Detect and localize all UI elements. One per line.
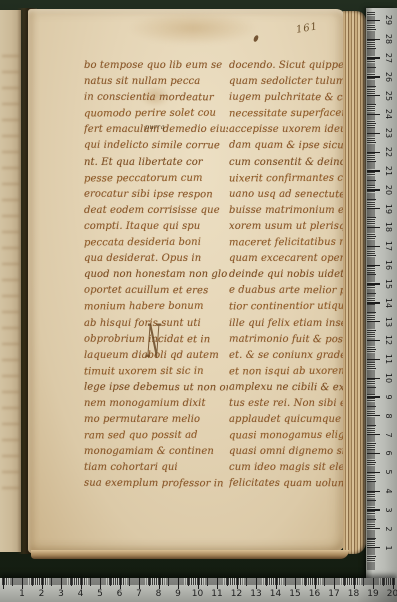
marginal-gloss: purrq <box>145 123 165 131</box>
ruler-tick <box>367 208 380 209</box>
ruler-number: 14 <box>268 589 284 600</box>
manuscript-line: accepisse uxorem ideun <box>229 122 346 138</box>
ruler-tick <box>90 578 91 586</box>
manuscript-line: uano usq ad senectutem hac <box>229 186 346 203</box>
ruler-tick <box>367 538 376 539</box>
ruler-tick <box>256 578 257 589</box>
ruler-number: 17 <box>383 239 393 253</box>
ruler-number: 5 <box>383 465 393 479</box>
ruler-number: 18 <box>346 589 362 600</box>
manuscript-line: quomodo perire solet cou <box>84 106 228 123</box>
ruler-tick <box>367 170 380 171</box>
ruler-tick <box>305 578 306 586</box>
ruler-tick <box>367 20 380 21</box>
ruler-tick <box>367 133 380 134</box>
ruler-number: 9 <box>383 390 393 404</box>
ruler-tick <box>159 578 160 589</box>
manuscript-line: compti. Itaque qui spu <box>84 219 228 235</box>
text-column-right: docendo. Sicut quippe soliquam sedolicte… <box>229 58 346 494</box>
ruler-tick <box>42 578 43 589</box>
manuscript-page: 161 bo tempose quo lib eum senatus sit n… <box>28 9 346 553</box>
ruler-tick <box>354 578 355 589</box>
ruler-tick <box>367 180 376 181</box>
ruler-tick <box>367 199 376 200</box>
ruler-tick <box>367 217 376 218</box>
ruler-number: 20 <box>385 589 397 600</box>
ruler-tick <box>367 415 380 416</box>
manuscript-line: bo tempose quo lib eum se <box>84 58 228 74</box>
ruler-number: 15 <box>287 589 303 600</box>
ruler-tick <box>207 578 208 586</box>
ruler-tick <box>367 48 376 49</box>
ruler-number: 12 <box>229 589 245 600</box>
ruler-tick <box>367 57 380 58</box>
ruler-tick <box>149 578 150 586</box>
ruler-tick <box>367 556 376 557</box>
ruler-number: 14 <box>383 296 393 310</box>
ruler-number: 22 <box>383 145 393 159</box>
ruler-number: 11 <box>383 352 393 366</box>
horizontal-ruler: 1234567891011121314151617181920 <box>0 578 397 602</box>
ruler-tick <box>367 472 380 473</box>
manuscript-line: quod non honestam non gloriam <box>84 267 228 283</box>
ruler-tick <box>367 368 376 369</box>
ruler-number: 1 <box>383 541 393 555</box>
ruler-number: 23 <box>383 126 393 140</box>
manuscript-line: monogamiam & continen <box>84 444 228 460</box>
ruler-tick <box>367 509 380 510</box>
manuscript-line: nem monogamium dixit <box>84 396 228 412</box>
manuscript-line: natus sit nullam pecca <box>84 74 228 90</box>
manuscript-line: et non isqui ab uxorem <box>229 363 346 380</box>
manuscript-line: et. & se coniunx grade ius <box>229 348 346 364</box>
manuscript-line: buisse matrimonium et u <box>229 203 346 219</box>
ruler-number: 20 <box>383 183 393 197</box>
ruler-tick <box>363 578 364 586</box>
ruler-tick <box>81 578 82 589</box>
manuscript-line: quam excecarent opera ista <box>229 251 346 267</box>
parchment-stain <box>128 11 258 45</box>
ruler-tick <box>367 293 376 294</box>
ruler-tick <box>295 578 296 589</box>
ruler-number: 16 <box>307 589 323 600</box>
ruler-number: 11 <box>209 589 225 600</box>
ruler-tick <box>367 519 376 520</box>
ruler-tick <box>367 500 376 501</box>
ruler-tick <box>367 425 376 426</box>
ruler-tick <box>266 578 267 586</box>
ruler-number: 26 <box>383 70 393 84</box>
ruler-number: 27 <box>383 51 393 65</box>
ruler-tick <box>367 255 376 256</box>
ruler-tick <box>3 578 4 589</box>
fore-edge-pages <box>343 11 366 554</box>
ruler-number: 15 <box>383 277 393 291</box>
ruler-number: 5 <box>92 589 108 600</box>
ruler-tick <box>100 578 101 589</box>
ruler-tick <box>237 578 238 589</box>
bottom-page-edge <box>31 550 349 559</box>
manuscript-line: felicitates quam uoluntatis? <box>229 476 346 493</box>
manuscript-line: dam quam & ipse sicut <box>229 138 346 155</box>
ruler-tick <box>168 578 169 586</box>
manuscript-line: sua exemplum professor in <box>84 476 228 493</box>
ruler-tick <box>367 547 380 548</box>
ruler-tick <box>344 578 345 586</box>
folio-number: 161 <box>295 21 319 36</box>
ruler-number: 1 <box>14 589 30 600</box>
ruler-tick <box>367 378 380 379</box>
manuscript-line: quasi monogamus eligitur <box>229 428 346 445</box>
ruler-tick <box>367 528 380 529</box>
ruler-tick <box>315 578 316 589</box>
ruler-tick <box>32 578 33 586</box>
ruler-number: 9 <box>170 589 186 600</box>
manuscript-line: xorem usum ut plerisque etiam <box>229 219 346 235</box>
ruler-tick <box>367 227 380 228</box>
ruler-tick <box>367 330 376 331</box>
ruler-tick <box>367 481 376 482</box>
ruler-number: 10 <box>383 371 393 385</box>
ruler-number: 29 <box>383 13 393 27</box>
ruler-tick <box>129 578 130 586</box>
ruler-number: 17 <box>326 589 342 600</box>
manuscript-line: deat eodem corrisisse que <box>84 203 228 219</box>
ink-speck <box>253 34 260 42</box>
manuscript-line: erocatur sibi ipse respon <box>84 186 228 203</box>
ruler-number: 6 <box>112 589 128 600</box>
ruler-tick <box>110 578 111 586</box>
ruler-tick <box>367 76 380 77</box>
manuscript-line: maceret felicitatibus num <box>229 235 346 252</box>
ruler-number: 7 <box>131 589 147 600</box>
photograph-scene: 161 bo tempose quo lib eum senatus sit n… <box>0 0 397 602</box>
manuscript-line: necessitate superfacerum <box>229 106 346 123</box>
ruler-tick <box>367 152 380 153</box>
ruler-tick <box>367 283 380 284</box>
ruler-tick <box>367 236 376 237</box>
ruler-number: 13 <box>248 589 264 600</box>
ruler-number: 24 <box>383 107 393 121</box>
manuscript-line: qua desiderat. Opus in <box>84 251 228 267</box>
ruler-tick <box>188 578 189 586</box>
manuscript-line: monium habere bonum <box>84 299 228 316</box>
ruler-number: 19 <box>365 589 381 600</box>
manuscript-line: quasi omni dignemo sit melior <box>229 444 346 460</box>
ruler-tick <box>285 578 286 586</box>
ruler-tick <box>12 578 13 586</box>
ruler-tick <box>217 578 218 589</box>
ruler-tick <box>367 114 380 115</box>
ruler-tick <box>367 104 376 105</box>
ruler-tick <box>367 406 376 407</box>
ruler-tick <box>246 578 247 586</box>
manuscript-line: tiam cohortari qui <box>84 460 228 476</box>
ruler-tick <box>367 462 376 463</box>
ruler-tick <box>367 246 380 247</box>
manuscript-line: mo permutarare melio <box>84 412 228 428</box>
ruler-number: 25 <box>383 89 393 103</box>
manuscript-line: cum consentit & deinceps <box>229 155 346 171</box>
ruler-tick <box>367 453 380 454</box>
ruler-tick <box>367 29 376 30</box>
manuscript-line: lege ipse debemus ut non om <box>84 379 228 396</box>
ruler-number: 4 <box>73 589 89 600</box>
ruler-tick <box>367 142 376 143</box>
ruler-tick <box>367 321 380 322</box>
ruler-tick <box>367 123 376 124</box>
ruler-tick <box>367 491 380 492</box>
ruler-tick <box>71 578 72 586</box>
ruler-number: 13 <box>383 315 393 329</box>
ruler-tick <box>367 86 376 87</box>
ruler-tick <box>178 578 179 589</box>
manuscript-line: applaudet quicumque <box>229 412 346 428</box>
ruler-tick <box>120 578 121 589</box>
manuscript-line: qui indelicto simile corrue <box>84 138 228 155</box>
manuscript-line: matrimonio fuit & post illa <box>229 331 346 348</box>
ruler-tick <box>367 359 380 360</box>
ruler-tick <box>367 161 376 162</box>
ruler-tick <box>367 396 380 397</box>
ruler-tick <box>367 387 376 388</box>
ruler-number: 2 <box>383 522 393 536</box>
ruler-tick <box>227 578 228 586</box>
ruler-tick <box>367 434 380 435</box>
ruler-tick <box>51 578 52 586</box>
manuscript-line: ille qui felix etiam insedo <box>229 316 346 332</box>
manuscript-line: tior continentior utique <box>229 299 346 316</box>
ruler-tick <box>367 39 380 40</box>
ruler-tick <box>367 265 380 266</box>
manuscript-line: nt. Et qua libertate cor <box>84 155 228 171</box>
ruler-number: 2 <box>34 589 50 600</box>
ruler-number: 8 <box>383 409 393 423</box>
manuscript-line: amplexu ne cibili & expecta <box>229 380 346 397</box>
ruler-tick <box>367 302 380 303</box>
ruler-number: 21 <box>383 164 393 178</box>
ruler-number: 12 <box>383 333 393 347</box>
ruler-tick <box>61 578 62 589</box>
manuscript-line: uixerit confirmantes caelui <box>229 170 346 187</box>
ruler-tick <box>276 578 277 589</box>
manuscript-line: docendo. Sicut quippe soli <box>229 58 346 74</box>
ruler-number: 3 <box>383 503 393 517</box>
manuscript-line: ram sed quo possit ad <box>84 428 228 445</box>
ruler-tick <box>367 274 376 275</box>
ruler-tick <box>22 578 23 589</box>
ruler-tick <box>393 578 394 589</box>
ruler-tick <box>334 578 335 589</box>
ruler-tick <box>367 340 380 341</box>
ruler-number: 18 <box>383 220 393 234</box>
manuscript-line: tus este rei. Non sibi ergo <box>229 396 346 412</box>
ruler-number: 10 <box>190 589 206 600</box>
ruler-tick <box>373 578 374 589</box>
manuscript-line: quam sedolicter tulum con <box>229 74 346 90</box>
manuscript-line: pesse peccatorum cum <box>84 170 228 187</box>
manuscript-line: cum ideo magis sit electae <box>229 460 346 476</box>
ruler-number: 28 <box>383 32 393 46</box>
ruler-tick <box>198 578 199 589</box>
ruler-number: 6 <box>383 446 393 460</box>
nota-mark: N <box>146 319 161 365</box>
ruler-tick <box>324 578 325 586</box>
ruler-tick <box>367 443 376 444</box>
ruler-number: 7 <box>383 428 393 442</box>
ruler-tick <box>367 67 376 68</box>
ruler-number: 19 <box>383 202 393 216</box>
ruler-tick <box>367 349 376 350</box>
ruler-tick <box>367 95 380 96</box>
ruler-number: 3 <box>53 589 69 600</box>
manuscript-line: iugem pulchritate & carnis <box>229 90 346 107</box>
vertical-ruler: 1234567891011121314151617181920212223242… <box>366 8 397 580</box>
ruler-tick <box>367 312 376 313</box>
ruler-tick <box>367 189 380 190</box>
manuscript-line: in conscientia mordeatur <box>84 90 228 107</box>
ruler-number: 8 <box>151 589 167 600</box>
manuscript-line: oportet acuillum et eres <box>84 283 228 300</box>
manuscript-line: e duabus arte melior pudica <box>229 283 346 300</box>
ruler-number: 16 <box>383 258 393 272</box>
manuscript-line: peccata desideria boni <box>84 235 228 252</box>
ruler-tick <box>383 578 384 586</box>
ruler-number: 4 <box>383 484 393 498</box>
manuscript-line: deinde qui nobis uidetur <box>229 267 346 283</box>
ruler-tick <box>139 578 140 589</box>
